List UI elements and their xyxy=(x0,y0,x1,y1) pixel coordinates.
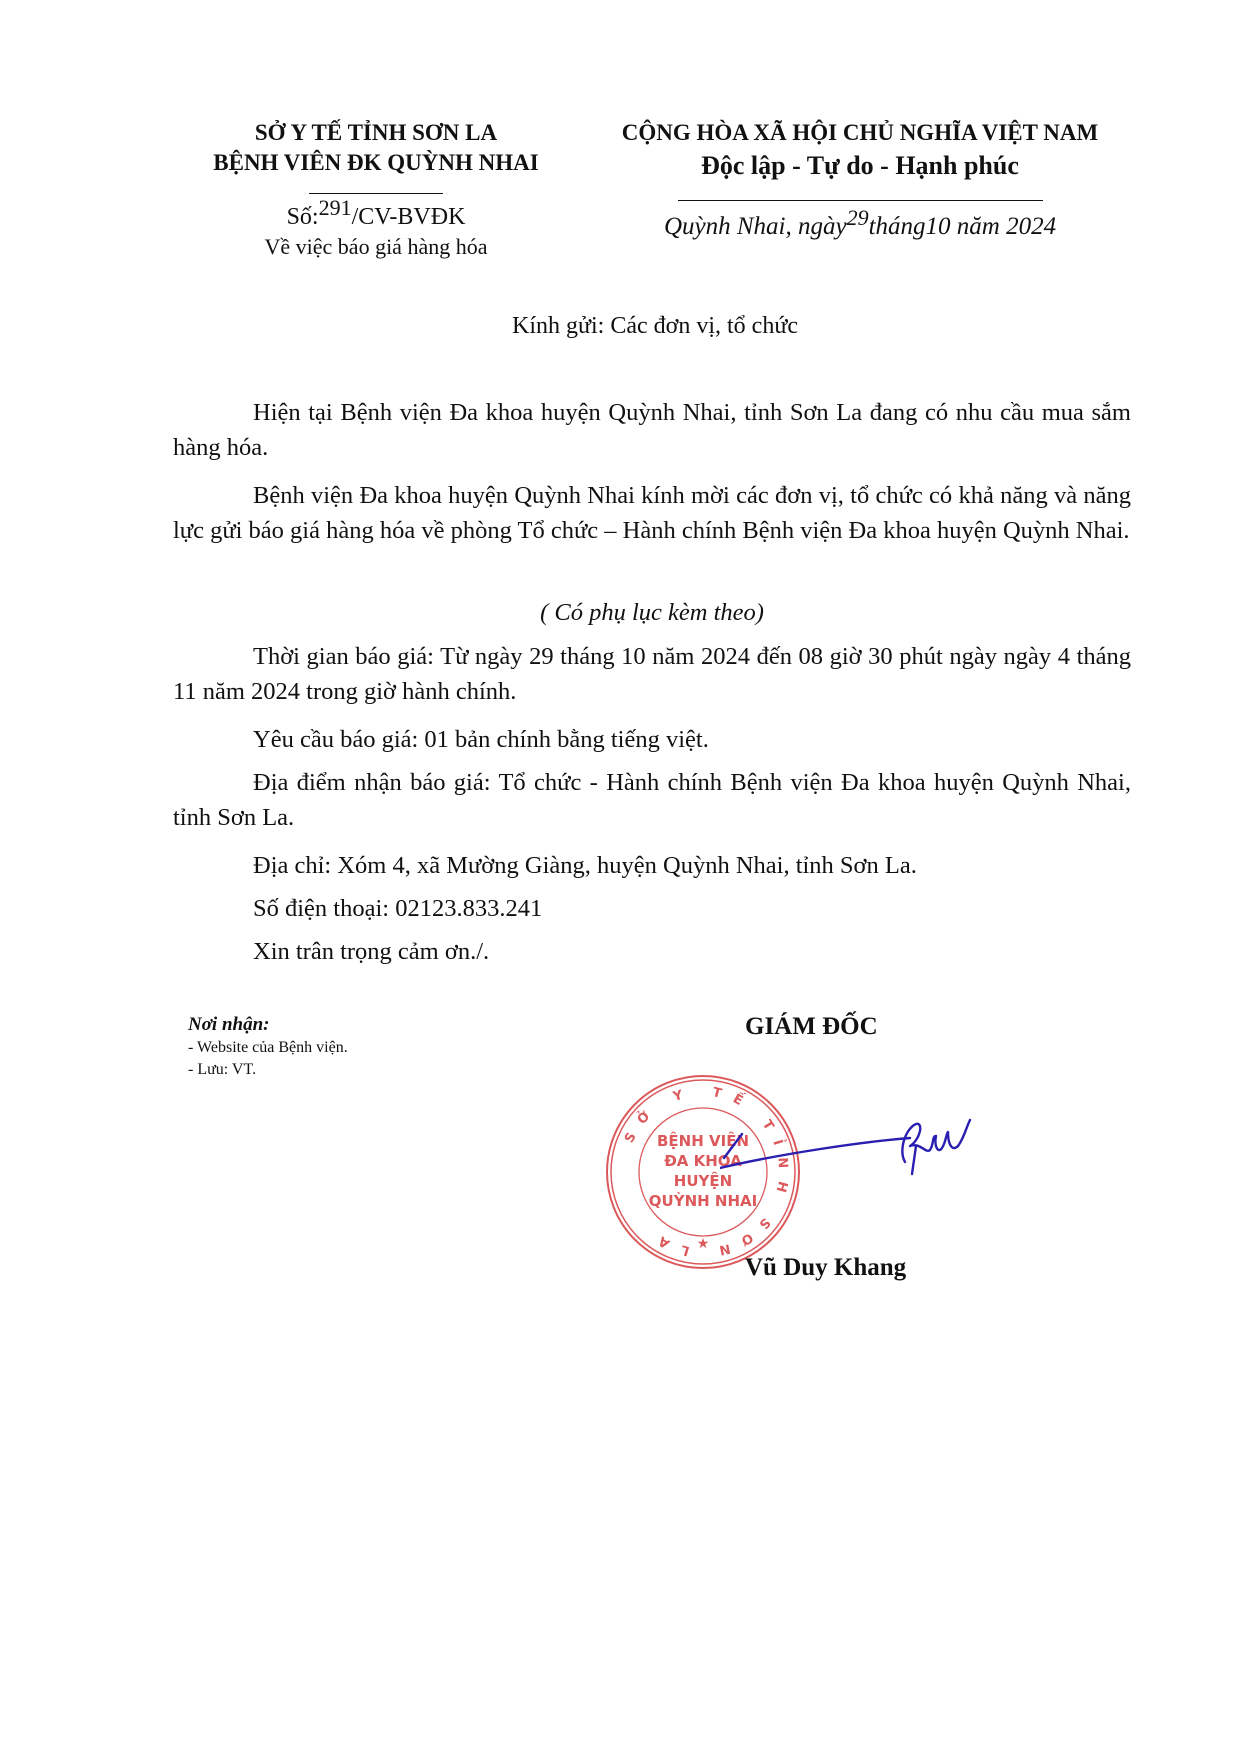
national-title: CỘNG HÒA XÃ HỘI CHỦ NGHĨA VIỆT NAM xyxy=(590,118,1130,148)
doc-number-prefix: Số: xyxy=(287,204,319,230)
document-subject: Về việc báo giá hàng hóa xyxy=(180,232,572,262)
phone-number: Số điện thoại: 02123.833.241 xyxy=(253,891,542,926)
signer-name: Vũ Duy Khang xyxy=(745,1254,906,1282)
divider xyxy=(309,193,443,194)
paragraph-need: Hiện tại Bệnh viện Đa khoa huyện Quỳnh N… xyxy=(173,395,1131,465)
closing: Xin trân trọng cảm ơn./. xyxy=(253,934,489,969)
document-date: Quỳnh Nhai, ngày29tháng10 năm 2024 xyxy=(590,211,1130,243)
issuer-block: SỞ Y TẾ TỈNH SƠN LA BỆNH VIÊN ĐK QUỲNH N… xyxy=(180,118,572,262)
address: Địa chỉ: Xóm 4, xã Mường Giàng, huyện Qu… xyxy=(253,848,917,883)
signer-title: GIÁM ĐỐC xyxy=(745,1013,878,1041)
greeting: Kính gửi: Các đơn vị, tổ chức xyxy=(180,310,1130,342)
attachment-note: ( Có phụ lục kèm theo) xyxy=(173,595,1131,630)
doc-number-suffix: /CV-BVĐK xyxy=(352,204,466,230)
signature xyxy=(720,1110,980,1200)
recipients-title: Nơi nhận: xyxy=(188,1013,548,1037)
recipient-item: - Lưu: VT. xyxy=(188,1059,548,1081)
recipients-block: Nơi nhận: - Website của Bệnh viện. - Lưu… xyxy=(188,1013,548,1081)
star-icon: ★ xyxy=(697,1236,710,1252)
paragraph-location: Địa điểm nhận báo giá: Tổ chức - Hành ch… xyxy=(173,765,1131,835)
paragraph-quote-time: Thời gian báo giá: Từ ngày 29 tháng 10 n… xyxy=(173,639,1131,709)
date-day-handwritten: 29 xyxy=(847,205,869,230)
agency-name: SỞ Y TẾ TỈNH SƠN LA xyxy=(180,118,572,148)
doc-number-handwritten: 291 xyxy=(319,195,352,220)
quote-requirement: Yêu cầu báo giá: 01 bản chính bằng tiếng… xyxy=(253,722,709,757)
motto: Độc lập - Tự do - Hạnh phúc xyxy=(590,148,1130,184)
date-prefix: Quỳnh Nhai, ngày xyxy=(664,213,847,240)
divider xyxy=(678,200,1043,201)
organization-name: BỆNH VIÊN ĐK QUỲNH NHAI xyxy=(180,148,572,178)
national-header: CỘNG HÒA XÃ HỘI CHỦ NGHĨA VIỆT NAM Độc l… xyxy=(590,118,1130,243)
paragraph-invitation: Bệnh viện Đa khoa huyện Quỳnh Nhai kính … xyxy=(173,478,1131,548)
document-number: Số:291/CV-BVĐK xyxy=(180,202,572,232)
date-suffix: tháng10 năm 2024 xyxy=(869,213,1057,240)
recipient-item: - Website của Bệnh viện. xyxy=(188,1037,548,1059)
